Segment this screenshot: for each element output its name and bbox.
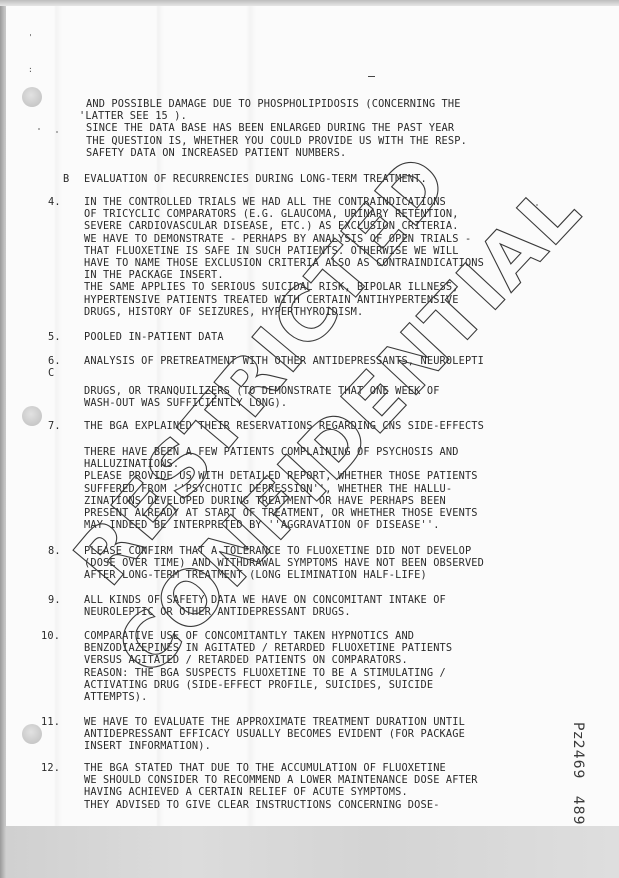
- section-heading: EVALUATION OF RECURRENCIES DURING LONG-T…: [84, 173, 427, 185]
- item-line: (DOSE OVER TIME) AND WITHDRAWAL SYMPTOMS…: [84, 557, 484, 569]
- item-number: 7.: [48, 420, 61, 432]
- item-line: WE HAVE TO DEMONSTRATE - PERHAPS BY ANAL…: [84, 233, 471, 245]
- paragraph-line: SINCE THE DATA BASE HAS BEEN ENLARGED DU…: [86, 122, 454, 134]
- item-line: POOLED IN-PATIENT DATA: [84, 331, 224, 343]
- item-line: HYPERTENSIVE PATIENTS TREATED WITH CERTA…: [84, 294, 459, 306]
- item-continuation-line: PRESENT ALREADY AT START OF TREATMENT, O…: [84, 507, 478, 519]
- item-number: 12.: [41, 762, 60, 774]
- item-line: THE BGA EXPLAINED THEIR RESERVATIONS REG…: [84, 420, 484, 432]
- item-continuation-line: SUFFERED FROM ''PSYCHOTIC DEPRESSION'', …: [84, 483, 452, 495]
- item-number: 4.: [48, 196, 61, 208]
- paragraph-line: 'LATTER SEE 15 ).: [79, 110, 187, 122]
- item-line: DRUGS, HISTORY OF SEIZURES, HYPERTHYROID…: [84, 306, 363, 318]
- item-line: PLEASE CONFIRM THAT A TOLERANCE TO FLUOX…: [84, 545, 471, 557]
- item-line: IN THE CONTROLLED TRIALS WE HAD ALL THE …: [84, 196, 446, 208]
- paragraph-line: SAFETY DATA ON INCREASED PATIENT NUMBERS…: [86, 147, 346, 159]
- item-line: ALL KINDS OF SAFETY DATA WE HAVE ON CONC…: [84, 594, 446, 606]
- item-sub-label: C: [48, 367, 54, 379]
- item-line: THEY ADVISED TO GIVE CLEAR INSTRUCTIONS …: [84, 799, 440, 811]
- document-body: AND POSSIBLE DAMAGE DUE TO PHOSPHOLIPIDO…: [0, 0, 619, 878]
- item-number: 10.: [41, 630, 60, 642]
- item-line: BENZODIAZEPINES IN AGITATED / RETARDED F…: [84, 642, 452, 654]
- item-number: 11.: [41, 716, 60, 728]
- paragraph-line: AND POSSIBLE DAMAGE DUE TO PHOSPHOLIPIDO…: [86, 98, 461, 110]
- item-continuation-line: ZINATIONS DEVELOPED DURING TREATMENT OR …: [84, 495, 446, 507]
- item-line: OF TRICYCLIC COMPARATORS (E.G. GLAUCOMA,…: [84, 208, 459, 220]
- item-line: SEVERE CARDIOVASCULAR DISEASE, ETC.) AS …: [84, 220, 459, 232]
- item-line: ATTEMPTS).: [84, 691, 148, 703]
- item-line: THE SAME APPLIES TO SERIOUS SUICIDAL RIS…: [84, 281, 459, 293]
- item-line: WE HAVE TO EVALUATE THE APPROXIMATE TREA…: [84, 716, 465, 728]
- item-line: VERSUS AGITATED / RETARDED PATIENTS ON C…: [84, 654, 408, 666]
- item-line: HAVE TO NAME THOSE EXCLUSION CRITERIA AL…: [84, 257, 484, 269]
- item-line: THE BGA STATED THAT DUE TO THE ACCUMULAT…: [84, 762, 446, 774]
- item-line: IN THE PACKAGE INSERT.: [84, 269, 224, 281]
- item-continuation-line: THERE HAVE BEEN A FEW PATIENTS COMPLAINI…: [84, 446, 459, 458]
- bates-number: Pz2469 489: [570, 722, 586, 826]
- item-line: ANALYSIS OF PRETREATMENT WITH OTHER ANTI…: [84, 355, 484, 367]
- item-number: 5.: [48, 331, 61, 343]
- item-number: 9.: [48, 594, 61, 606]
- item-continuation-line: HALLUZINATIONS.: [84, 458, 179, 470]
- item-line: REASON: THE BGA SUSPECTS FLUOXETINE TO B…: [84, 667, 446, 679]
- item-line: HAVING ACHIEVED A CERTAIN RELIEF OF ACUT…: [84, 786, 408, 798]
- item-continuation-line: MAY INDEED BE INTERPRETED BY ''AGGRAVATI…: [84, 519, 440, 531]
- section-label: B: [63, 173, 69, 185]
- item-line: WE SHOULD CONSIDER TO RECOMMEND A LOWER …: [84, 774, 478, 786]
- item-continuation-line: DRUGS, OR TRANQUILIZERS (TO DEMONSTRATE …: [84, 385, 440, 397]
- item-number: 8.: [48, 545, 61, 557]
- item-line: AFTER LONG-TERM TREATMENT (LONG ELIMINAT…: [84, 569, 427, 581]
- item-line: INSERT INFORMATION).: [84, 740, 211, 752]
- item-continuation-line: PLEASE PROVIDE US WITH DETAILED REPORT, …: [84, 470, 478, 482]
- item-continuation-line: WASH-OUT WAS SUFFICIENTLY LONG).: [84, 397, 287, 409]
- item-number: 6.: [48, 355, 61, 367]
- item-line: THAT FLUOXETINE IS SAFE IN SUCH PATIENTS…: [84, 245, 459, 257]
- item-line: ANTIDEPRESSANT EFFICACY USUALLY BECOMES …: [84, 728, 465, 740]
- item-line: COMPARATIVE USE OF CONCOMITANTLY TAKEN H…: [84, 630, 414, 642]
- item-line: ACTIVATING DRUG (SIDE-EFFECT PROFILE, SU…: [84, 679, 433, 691]
- item-line: NEUROLEPTIC OR OTHER ANTIDEPRESSANT DRUG…: [84, 606, 351, 618]
- paragraph-line: THE QUESTION IS, WHETHER YOU COULD PROVI…: [86, 135, 467, 147]
